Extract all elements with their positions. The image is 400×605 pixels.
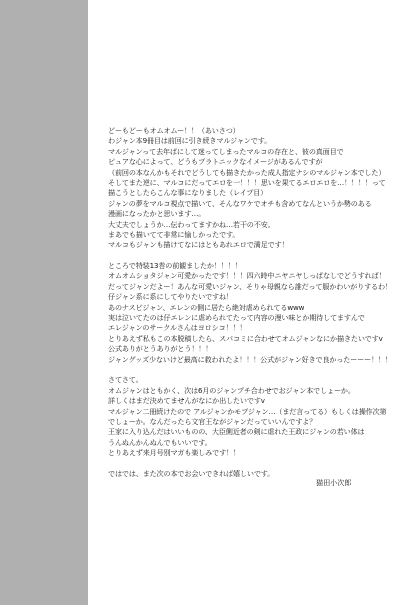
text-line: ところで特装13巻の前観ましたか！！！！: [108, 261, 393, 271]
text-line: そしてまた逆に、マルコにだってエロを一！！！思いを果てるエロエロを…！！！！って: [108, 178, 393, 188]
text-line: マルジャン二冊続けたので アルジャンかモブジャン…（まだ言ってる）もしくは操作次…: [108, 407, 393, 417]
text-line: 描こうとしたらこんな事になりました（レイプ目）: [108, 188, 393, 198]
afterword-page: どーもどーもオムオムー！！（あいさつ） わジャン本9冊目は前回に引き続きマルジャ…: [0, 0, 400, 605]
paragraph-gap: [108, 459, 393, 469]
text-line: 大丈夫でしょうか…伝わってますかね…若干の不安。: [108, 220, 393, 230]
text-line: 実は泣いてたのは仔エレンに虐められてたって内容の漫い味とか期待してますんで: [108, 313, 393, 323]
text-line: さてさて。: [108, 375, 393, 385]
text-line: あのナスビジャン、エレンの側に居たら絶対虐められてるwww: [108, 303, 393, 313]
page-gutter: [0, 0, 88, 605]
text-line: マルコもジャンも描けてなにはともあれエロで満足です！: [108, 240, 393, 250]
paragraph-gap: [108, 251, 393, 261]
text-line: エレジャンのサークルさんはヨロシコ！！！: [108, 323, 393, 333]
text-line: ジャンの夢をマルコ視点で描いて、そんなワケでオチも含めてなんというか勢のある: [108, 199, 393, 209]
text-line: でしょーか。なんだったら文官王ながジャンだっていいんですよ？: [108, 417, 393, 427]
afterword-text: どーもどーもオムオムー！！（あいさつ） わジャン本9冊目は前回に引き続きマルジャ…: [108, 126, 393, 479]
text-line: オムジャンはともかく、次は6月のジャンプチ合わせでおジャン本でしょーか。: [108, 386, 393, 396]
text-line: どーもどーもオムオムー！！（あいさつ）: [108, 126, 393, 136]
text-line: 王家に入り込んだはいいものの、大臣側近者の剣に虐れた王政にジャンの若い体は: [108, 427, 393, 437]
text-line: （前回の本なんかもそれでどうしても描きたかった成人指定ナシのマルジャン本でした）: [108, 168, 393, 178]
text-line: とりあえず私もこの本脱稿したら、スパコミに合わせてオムジャンなにか描きたいですv: [108, 334, 393, 344]
text-line: 公式ありがとうありがとう！！！: [108, 344, 393, 354]
text-line: わジャン本9冊目は前回に引き続きマルジャンです。: [108, 136, 393, 146]
paragraph-gap: [108, 365, 393, 375]
text-line: ジャングッズ少ないけど最高に救われたよ！！！公式がジャン好きで良かったーーー！！…: [108, 355, 393, 365]
text-line: 仔ジャン系に系にしてやりたいですね！: [108, 292, 393, 302]
text-line: まあでも描いてて非常に愉しかったです。: [108, 230, 393, 240]
author-signature: 猫田小次郎: [316, 478, 351, 488]
text-line: ピュアな心によって、どうもプラトニックなイメージがあるんですが: [108, 157, 393, 167]
text-line: オムオムショタジャン可愛かったです！！！四六時中ニヤニヤしっぱなしでどうすれば！: [108, 271, 393, 281]
text-line: マルジャンって去年ぱにして迷ってしまったマルコの存在と、彼の真面目で: [108, 147, 393, 157]
text-line: 漫画になったかと思います…。: [108, 209, 393, 219]
text-line: うんぬんかんぬんでもいいです。: [108, 438, 393, 448]
text-line: とりあえず来月号別マガも楽しみです！！: [108, 448, 393, 458]
text-line: 詳しくはまだ決めてませんがなにか出したいですv: [108, 396, 393, 406]
text-line: だってジャンだよー！あんな可愛いジャン、そりゃ母親なら誰だって服かわいがりするわ…: [108, 282, 393, 292]
